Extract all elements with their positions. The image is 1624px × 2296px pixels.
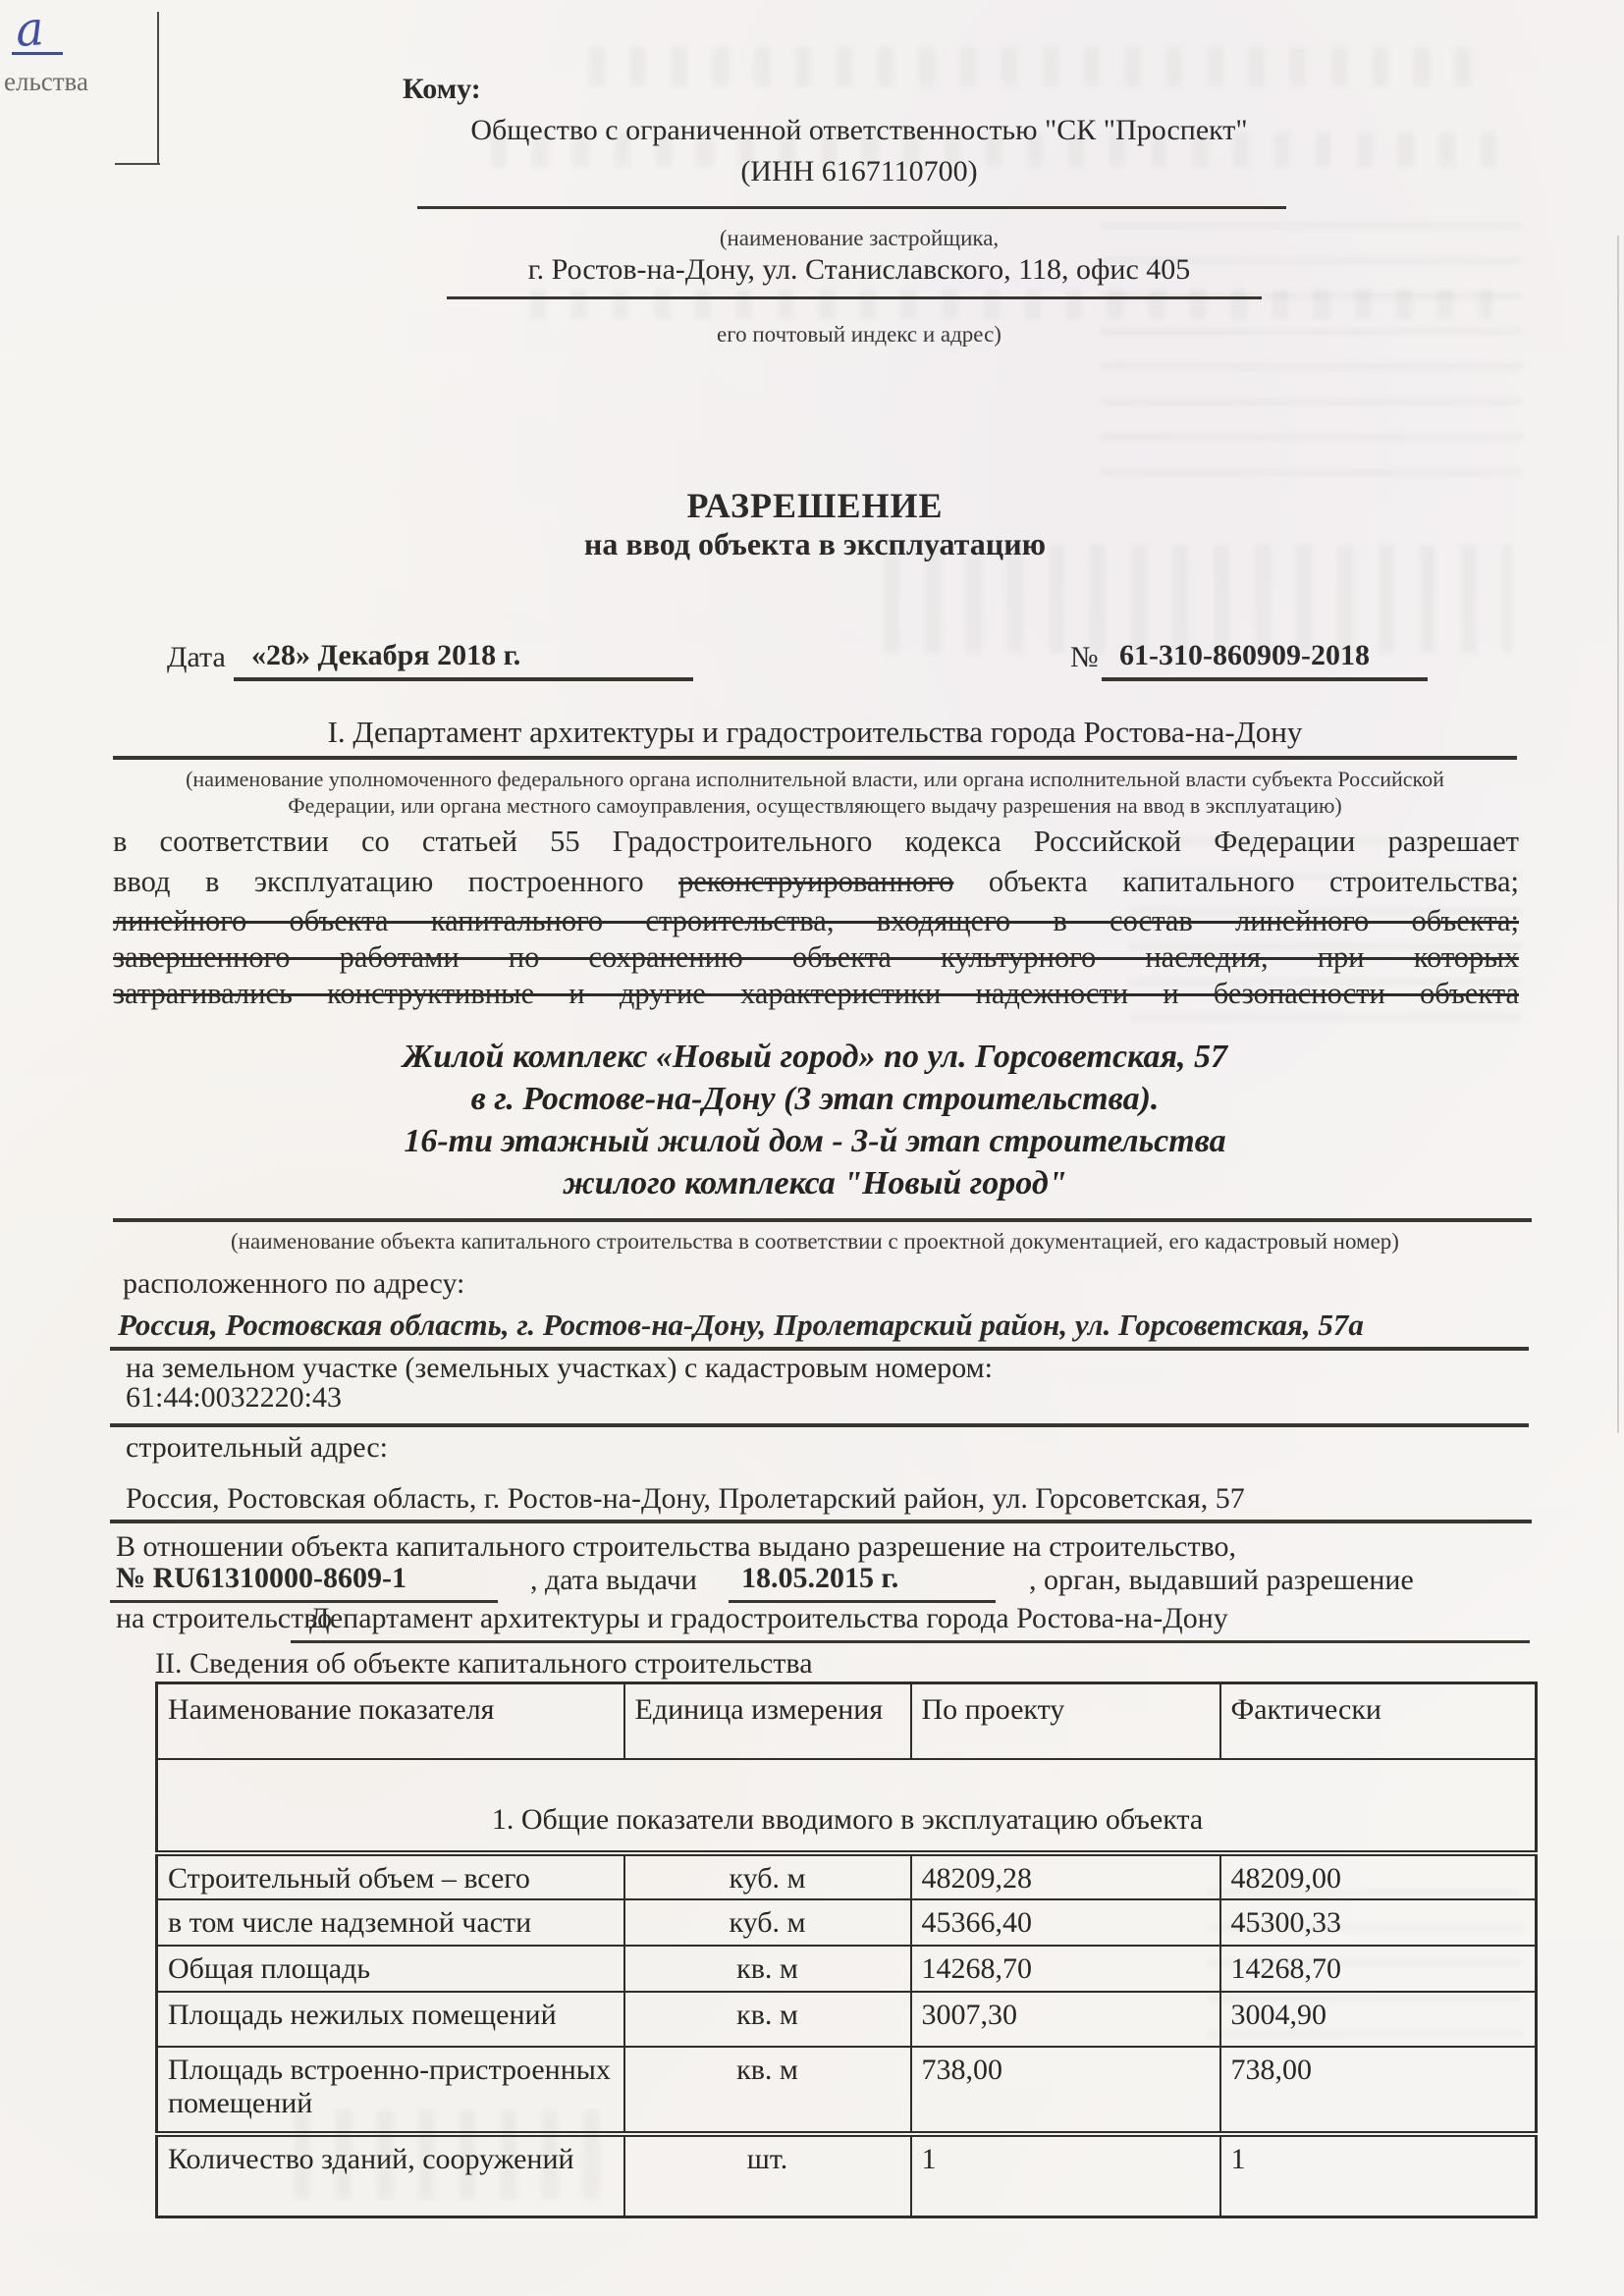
body-line-4-struck: завершенного работами по сохранению объе… bbox=[113, 940, 1519, 975]
row-actual: 738,00 bbox=[1220, 2047, 1537, 2134]
number-value: 61-310-860909-2018 bbox=[1119, 639, 1370, 673]
body-line-2-part2: объекта капитального строительства; bbox=[989, 865, 1519, 898]
body-line-3-struck: линейного объекта капитального строитель… bbox=[113, 904, 1519, 938]
object-name-caption: (наименование объекта капитального строи… bbox=[113, 1229, 1517, 1255]
row-unit: куб. м bbox=[624, 1899, 911, 1946]
table-group-row: 1. Общие показатели вводимого в эксплуат… bbox=[157, 1759, 1537, 1853]
to-label: Кому: bbox=[403, 73, 481, 107]
table-row: Площадь встроенно-пристроенных помещений… bbox=[157, 2047, 1537, 2134]
developer-caption: (наименование застройщика, bbox=[412, 226, 1306, 251]
date-label: Дата bbox=[167, 641, 226, 675]
col-header-project: По проекту bbox=[911, 1683, 1220, 1759]
located-label: расположенного по адресу: bbox=[123, 1267, 464, 1302]
scan-bleed-noise bbox=[589, 47, 1473, 86]
body-line-2-part1: ввод в эксплуатацию построенного bbox=[113, 865, 644, 898]
col-header-indicator: Наименование показателя bbox=[157, 1683, 624, 1759]
document-title: РАЗРЕШЕНИЕ bbox=[113, 485, 1517, 526]
row-name: Общая площадь bbox=[157, 1946, 624, 1992]
row-unit: кв. м bbox=[624, 1946, 911, 1992]
row-unit: кв. м bbox=[624, 1992, 911, 2047]
table-row: Площадь нежилых помещений кв. м 3007,30 … bbox=[157, 1992, 1537, 2047]
page-corner-fragment: ельства bbox=[4, 67, 88, 97]
row-name: Площадь встроенно-пристроенных помещений bbox=[157, 2047, 624, 2134]
row-unit: кв. м bbox=[624, 2047, 911, 2134]
row-actual: 1 bbox=[1220, 2134, 1537, 2217]
permit-number: № RU61310000-8609-1 bbox=[116, 1562, 406, 1596]
col-header-actual: Фактически bbox=[1220, 1683, 1537, 1759]
row-name: Площадь нежилых помещений bbox=[157, 1992, 624, 2047]
permit-date-label: , дата выдачи bbox=[530, 1564, 697, 1598]
number-label: № bbox=[1070, 641, 1099, 675]
postal-caption: его почтовый индекс и адрес) bbox=[412, 322, 1306, 347]
row-project: 1 bbox=[911, 2134, 1220, 2217]
cadastral-number: 61:44:0032220:43 bbox=[126, 1381, 342, 1415]
object-name-line-4: жилого комплекса "Новый город" bbox=[113, 1165, 1517, 1202]
row-name: в том числе надземной части bbox=[157, 1899, 624, 1946]
row-unit: шт. bbox=[624, 2134, 911, 2217]
permit-date-value: 18.05.2015 г. bbox=[741, 1562, 898, 1596]
row-name: Строительный объем – всего bbox=[157, 1853, 624, 1899]
row-project: 738,00 bbox=[911, 2047, 1220, 2134]
authority-caption-2: Федерации, или органа местного самоуправ… bbox=[113, 793, 1517, 819]
object-name-line-2: в г. Ростове-на-Дону (3 этап строительст… bbox=[113, 1081, 1517, 1118]
recipient-address-underline bbox=[447, 296, 1262, 299]
row-project: 3007,30 bbox=[911, 1992, 1220, 2047]
scan-edge-line bbox=[1617, 236, 1619, 1433]
permit-issuer-value: Департамент архитектуры и градостроитель… bbox=[309, 1602, 1228, 1636]
row-project: 48209,28 bbox=[911, 1853, 1220, 1899]
recipient-underline bbox=[417, 206, 1286, 209]
scan-bleed-noise bbox=[530, 290, 1492, 319]
permit-issuer-underline bbox=[291, 1640, 1530, 1643]
construction-address-label: строительный адрес: bbox=[126, 1431, 388, 1466]
authority-name: I. Департамент архитектуры и градостроит… bbox=[113, 715, 1517, 750]
table-row: Количество зданий, сооружений шт. 1 1 bbox=[157, 2134, 1537, 2217]
recipient-address: г. Ростов-на-Дону, ул. Станиславского, 1… bbox=[412, 253, 1306, 288]
permit-issuer-label-2: на строительство bbox=[116, 1602, 332, 1636]
row-project: 45366,40 bbox=[911, 1899, 1220, 1946]
row-actual: 3004,90 bbox=[1220, 1992, 1537, 2047]
body-line-5-struck: затрагивались конструктивные и другие ха… bbox=[113, 977, 1519, 1011]
recipient-inn: (ИНН 6167110700) bbox=[412, 155, 1306, 189]
body-line-2: ввод в эксплуатацию построенного реконст… bbox=[113, 865, 1519, 899]
row-actual: 48209,00 bbox=[1220, 1853, 1537, 1899]
handwritten-mark: a bbox=[14, 1, 45, 58]
row-name: Количество зданий, сооружений bbox=[157, 2134, 624, 2217]
table-row: Строительный объем – всего куб. м 48209,… bbox=[157, 1853, 1537, 1899]
group-row-label: 1. Общие показатели вводимого в эксплуат… bbox=[157, 1759, 1537, 1853]
spec-table: Наименование показателя Единица измерени… bbox=[155, 1682, 1538, 2218]
table-row: Общая площадь кв. м 14268,70 14268,70 bbox=[157, 1946, 1537, 1992]
row-actual: 45300,33 bbox=[1220, 1899, 1537, 1946]
col-header-unit: Единица измерения bbox=[624, 1683, 911, 1759]
number-underline bbox=[1102, 677, 1428, 681]
recipient-name: Общество с ограниченной ответственностью… bbox=[412, 114, 1306, 148]
handwritten-underline bbox=[12, 52, 63, 55]
object-address: Россия, Ростовская область, г. Ростов-на… bbox=[118, 1308, 1364, 1343]
table-row: в том числе надземной части куб. м 45366… bbox=[157, 1899, 1537, 1946]
row-project: 14268,70 bbox=[911, 1946, 1220, 1992]
object-name-line-1: Жилой комплекс «Новый город» по ул. Горс… bbox=[113, 1039, 1517, 1076]
permit-issuer-label: , орган, выдавший разрешение bbox=[1029, 1564, 1414, 1598]
authority-caption-1: (наименование уполномоченного федерально… bbox=[113, 767, 1517, 792]
construction-address-underline bbox=[110, 1520, 1532, 1523]
overlapped-page-edge-horizontal bbox=[115, 163, 160, 165]
row-unit: куб. м bbox=[624, 1853, 911, 1899]
construction-address: Россия, Ростовская область, г. Ростов-на… bbox=[126, 1482, 1245, 1517]
object-address-underline bbox=[110, 1347, 1529, 1351]
body-line-2-struck: реконструированного bbox=[678, 865, 953, 898]
row-actual: 14268,70 bbox=[1220, 1946, 1537, 1992]
table-header-row: Наименование показателя Единица измерени… bbox=[157, 1683, 1537, 1759]
date-value: «28» Декабря 2018 г. bbox=[251, 639, 520, 673]
parcel-underline bbox=[110, 1423, 1529, 1427]
object-name-line-3: 16-ти этажный жилой дом - 3-й этап строи… bbox=[113, 1123, 1517, 1160]
permit-intro: В отношении объекта капитального строите… bbox=[116, 1530, 1236, 1565]
document-page: a ельства Кому: Общество с ограниченной … bbox=[0, 0, 1624, 2296]
body-line-1: в соответствии со статьей 55 Градостроит… bbox=[113, 825, 1519, 859]
section2-heading: II. Сведения об объекте капитального стр… bbox=[155, 1647, 813, 1682]
date-underline bbox=[234, 677, 693, 681]
authority-underline bbox=[113, 756, 1517, 760]
overlapped-page-edge-vertical bbox=[157, 12, 159, 165]
object-name-underline bbox=[113, 1218, 1532, 1222]
document-subtitle: на ввод объекта в эксплуатацию bbox=[113, 526, 1517, 562]
